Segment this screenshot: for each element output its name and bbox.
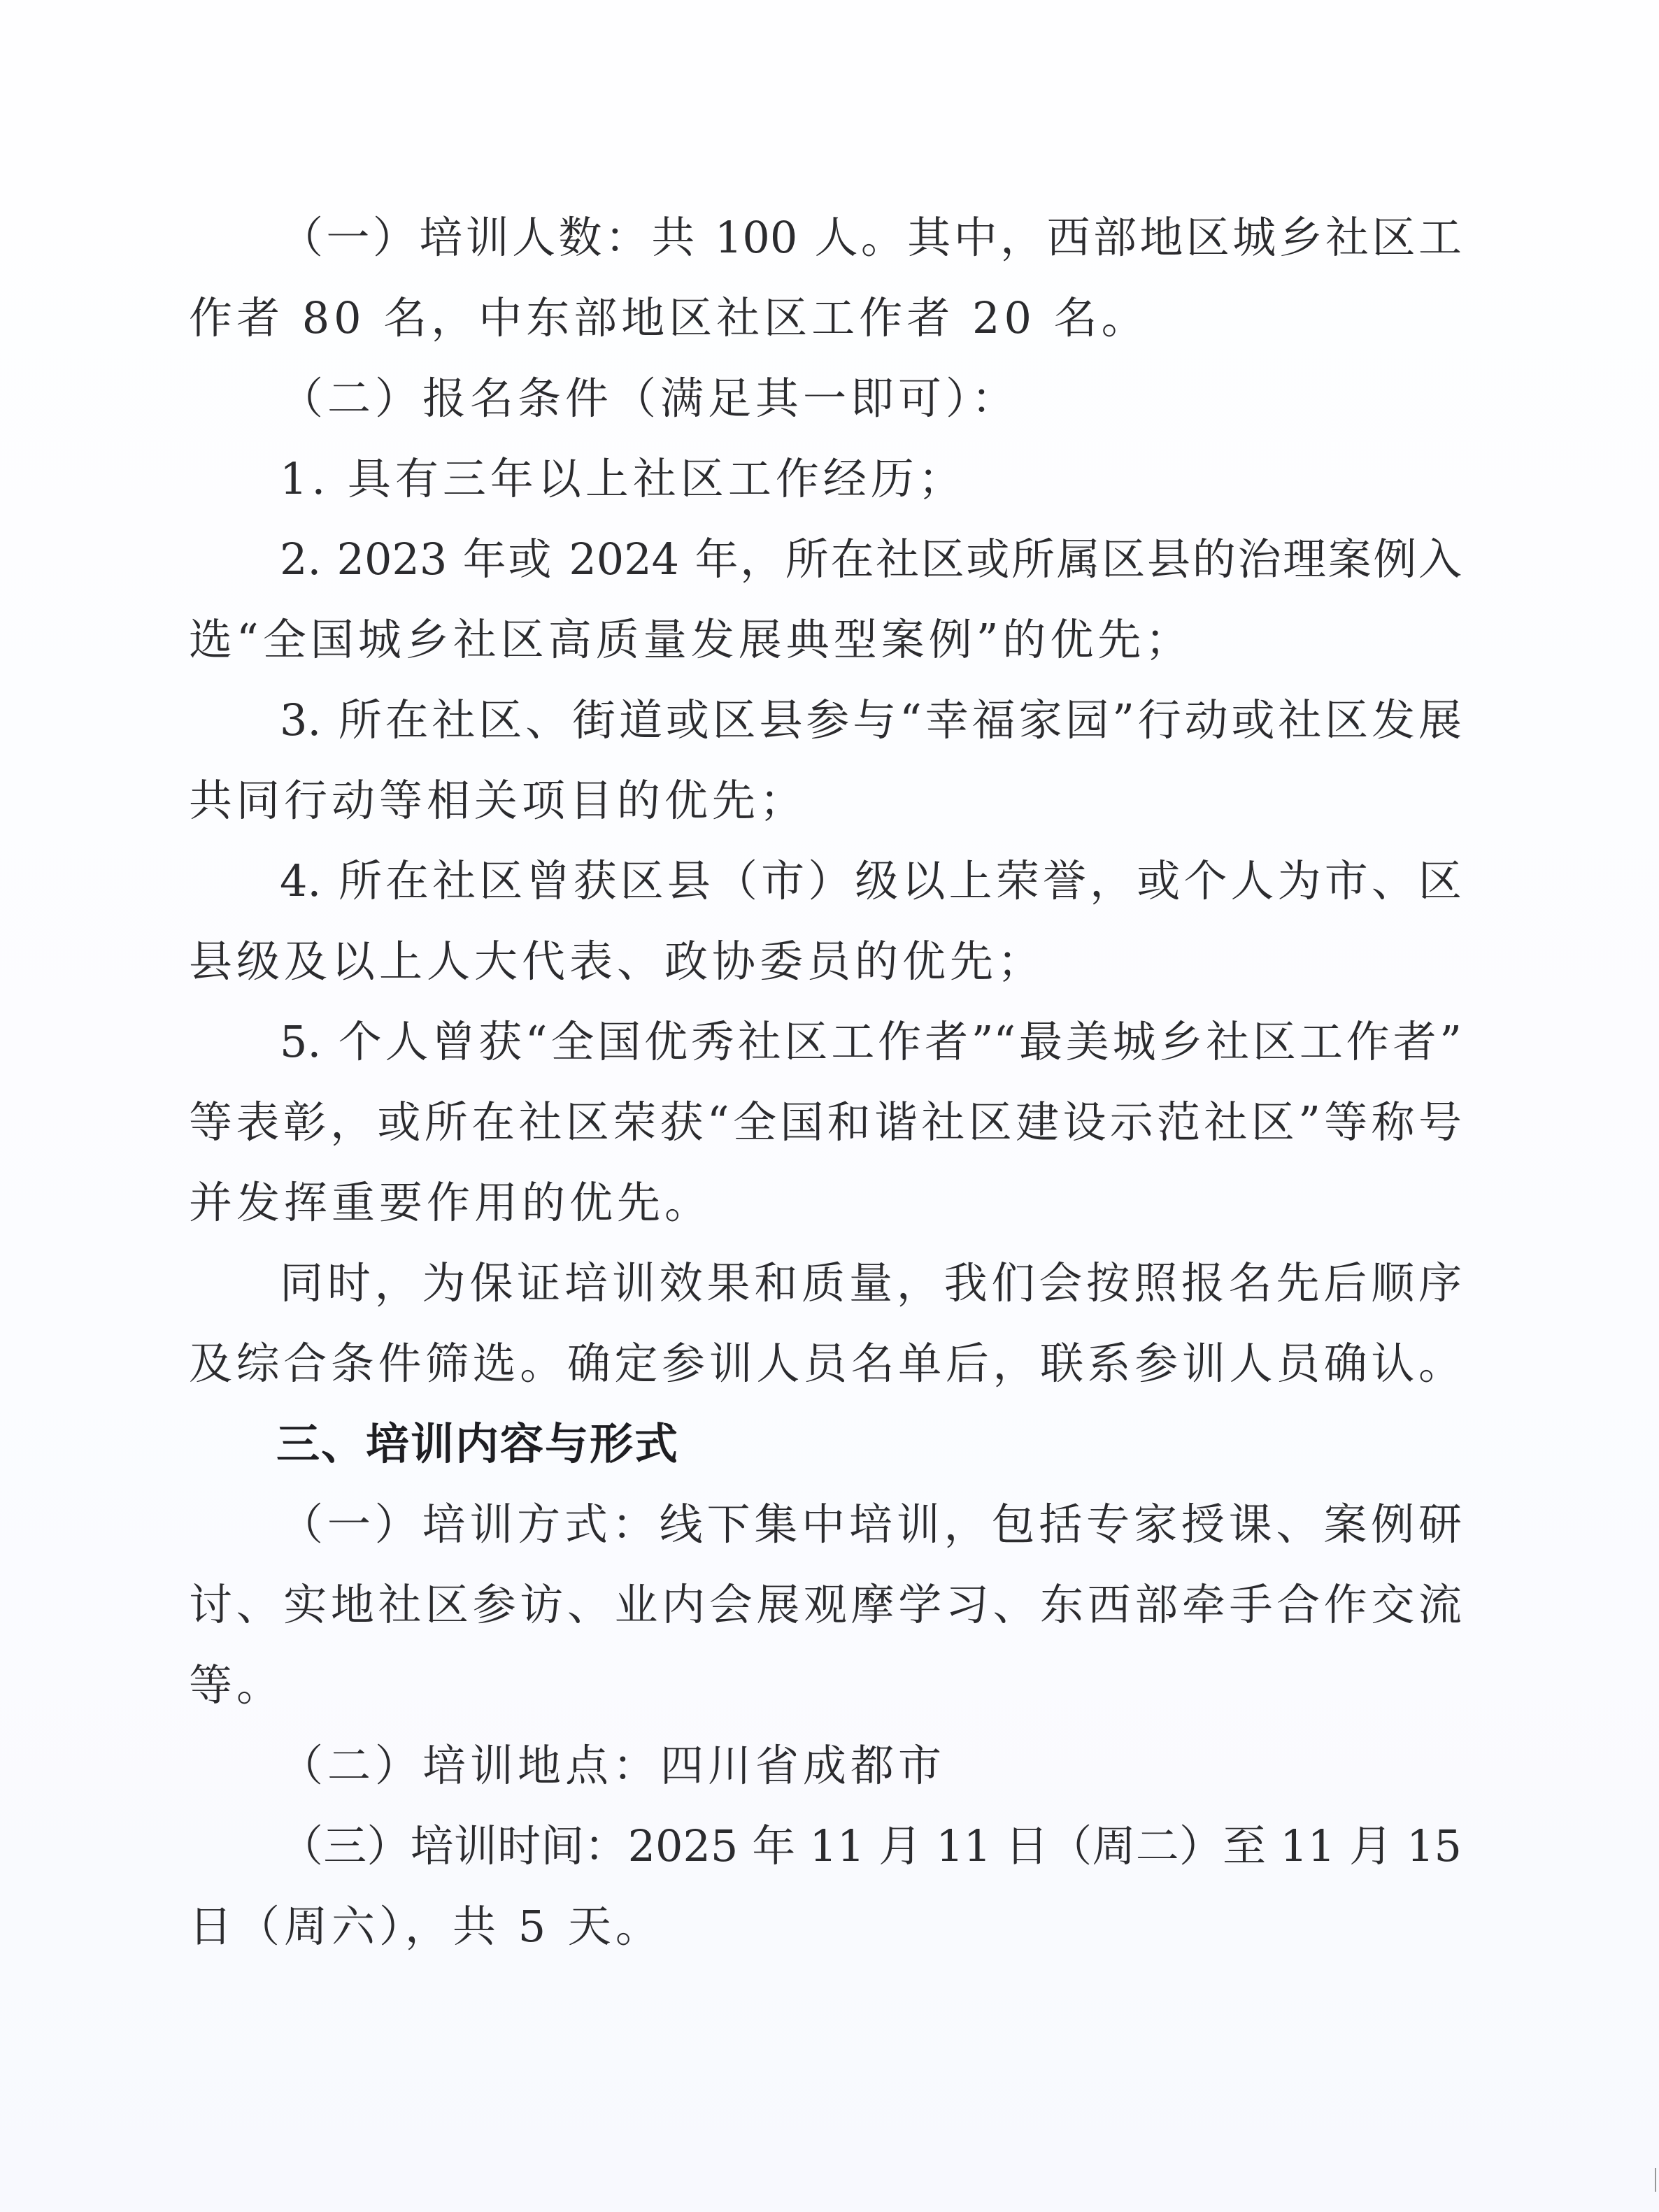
condition-3-line-1: 3. 所在社区、街道或区县参与“幸福家园”行动或社区发展 <box>280 692 1462 748</box>
condition-2-line-2: 选“全国城乡社区高质量发展典型案例”的优先； <box>189 612 1462 668</box>
training-count-line-2: 作者 80 名，中东部地区社区工作者 20 名。 <box>189 290 1462 346</box>
scan-edge-artifact <box>1655 2168 1656 2192</box>
selection-note-line-1: 同时，为保证培训效果和质量，我们会按照报名先后顺序 <box>280 1255 1462 1311</box>
selection-note-line-2: 及综合条件筛选。确定参训人员名单后，联系参训人员确认。 <box>189 1336 1462 1392</box>
training-time-line-2: 日（周六），共 5 天。 <box>189 1899 1462 1955</box>
section-heading-training-content: 三、培训内容与形式 <box>276 1416 679 1472</box>
condition-5-line-2: 等表彰，或所在社区荣获“全国和谐社区建设示范社区”等称号 <box>189 1094 1462 1150</box>
training-location-line: （二）培训地点：四川省成都市 <box>280 1738 1462 1794</box>
training-method-line-1: （一）培训方式：线下集中培训，包括专家授课、案例研 <box>280 1497 1462 1553</box>
scanned-page: （一）培训人数：共 100 人。其中，西部地区城乡社区工 作者 80 名，中东部… <box>0 0 1659 2212</box>
training-count-line-1: （一）培训人数：共 100 人。其中，西部地区城乡社区工 <box>280 210 1462 266</box>
training-time-line-1: （三）培训时间：2025 年 11 月 11 日（周二）至 11 月 15 <box>280 1818 1462 1874</box>
condition-5-line-1: 5. 个人曾获“全国优秀社区工作者”“最美城乡社区工作者” <box>280 1014 1462 1070</box>
condition-2-line-1: 2. 2023 年或 2024 年，所在社区或所属区县的治理案例入 <box>280 531 1462 587</box>
training-method-line-3: 等。 <box>189 1657 1462 1713</box>
registration-conditions-heading: （二）报名条件（满足其一即可）： <box>280 371 1462 427</box>
condition-3-line-2: 共同行动等相关项目的优先； <box>189 773 1462 829</box>
training-method-line-2: 讨、实地社区参访、业内会展观摩学习、东西部牵手合作交流 <box>189 1577 1462 1633</box>
condition-5-line-3: 并发挥重要作用的优先。 <box>189 1175 1462 1231</box>
condition-4-line-2: 县级及以上人大代表、政协委员的优先； <box>189 934 1462 990</box>
condition-1-line-1: 1. 具有三年以上社区工作经历； <box>280 451 1462 507</box>
condition-4-line-1: 4. 所在社区曾获区县（市）级以上荣誉，或个人为市、区 <box>280 853 1462 909</box>
